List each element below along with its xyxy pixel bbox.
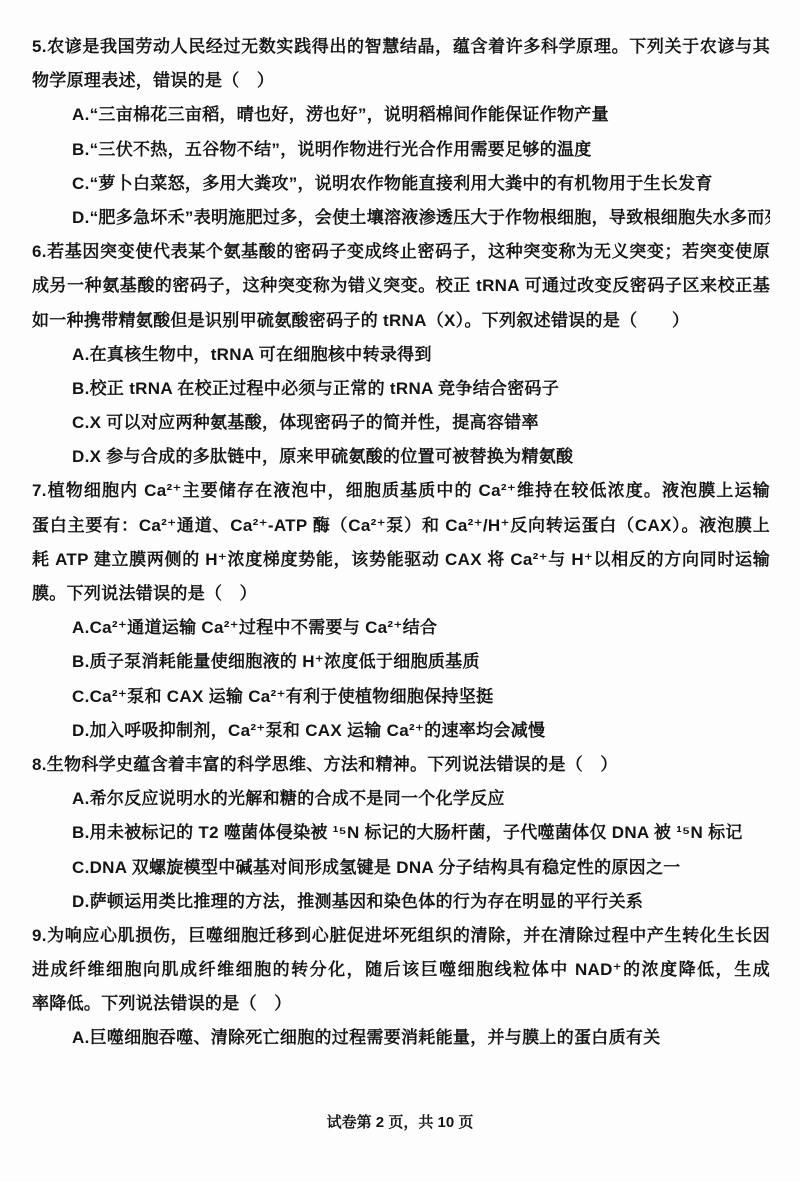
question-stem-line: 膜。下列说法错误的是（ ） [32, 577, 770, 611]
option-line: D.X 参与合成的多肽链中，原来甲硫氨酸的位置可被替换为精氨酸 [32, 440, 770, 474]
question-9: 9.为响应心肌损伤，巨噬细胞迁移到心脏促进坏死组织的清除，并在清除过程中产生转化… [32, 919, 770, 1056]
question-stem-line: 9.为响应心肌损伤，巨噬细胞迁移到心脏促进坏死组织的清除，并在清除过程中产生转化… [32, 919, 770, 953]
option-line: B.用未被标记的 T2 噬菌体侵染被 ¹⁵N 标记的大肠杆菌，子代噬菌体仅 DN… [32, 816, 770, 850]
option-line: D.萨顿运用类比推理的方法，推测基因和染色体的行为存在明显的平行关系 [32, 885, 770, 919]
question-stem-line: 5.农谚是我国劳动人民经过无数实践得出的智慧结晶，蕴含着许多科学原理。下列关于农… [32, 30, 770, 64]
question-stem-line: 耗 ATP 建立膜两侧的 H⁺浓度梯度势能，该势能驱动 CAX 将 Ca²⁺与 … [32, 543, 770, 577]
option-line: A.在真核生物中，tRNA 可在细胞核中转录得到 [32, 338, 770, 372]
page-footer: 试卷第 2 页，共 10 页 [0, 1106, 800, 1140]
option-line: C.DNA 双螺旋模型中碱基对间形成氢键是 DNA 分子结构具有稳定性的原因之一 [32, 851, 770, 885]
questions: 5.农谚是我国劳动人民经过无数实践得出的智慧结晶，蕴含着许多科学原理。下列关于农… [32, 30, 770, 1056]
option-line: D.加入呼吸抑制剂，Ca²⁺泵和 CAX 运输 Ca²⁺的速率均会减慢 [32, 714, 770, 748]
option-line: D.“肥多急坏禾”表明施肥过多，会使土壤溶液渗透压大于作物根细胞，导致根细胞失水… [32, 201, 770, 235]
question-stem-line: 8.生物科学史蕴含着丰富的科学思维、方法和精神。下列说法错误的是（ ） [32, 748, 770, 782]
question-stem-line: 6.若基因突变使代表某个氨基酸的密码子变成终止密码子，这种突变称为无义突变；若突… [32, 235, 770, 269]
question-stem-line: 物学原理表述，错误的是（ ） [32, 64, 770, 98]
question-stem-line: 如一种携带精氨酸但是识别甲硫氨酸密码子的 tRNA（X）。下列叙述错误的是（ ） [32, 304, 770, 338]
question-stem-line: 7.植物细胞内 Ca²⁺主要储存在液泡中，细胞质基质中的 Ca²⁺维持在较低浓度… [32, 474, 770, 508]
option-line: A.希尔反应说明水的光解和糖的合成不是同一个化学反应 [32, 782, 770, 816]
option-line: C.X 可以对应两种氨基酸，体现密码子的简并性，提高容错率 [32, 406, 770, 440]
option-line: B.校正 tRNA 在校正过程中必须与正常的 tRNA 竞争结合密码子 [32, 372, 770, 406]
question-stem-line: 进成纤维细胞向肌成纤维细胞的转分化，随后该巨噬细胞线粒体中 NAD⁺的浓度降低，… [32, 953, 770, 987]
option-line: B.质子泵消耗能量使细胞液的 H⁺浓度低于细胞质基质 [32, 645, 770, 679]
option-line: C.“萝卜白菜怒，多用大粪攻”，说明农作物能直接利用大粪中的有机物用于生长发育 [32, 167, 770, 201]
question-7: 7.植物细胞内 Ca²⁺主要储存在液泡中，细胞质基质中的 Ca²⁺维持在较低浓度… [32, 474, 770, 748]
option-line: C.Ca²⁺泵和 CAX 运输 Ca²⁺有利于使植物细胞保持坚挺 [32, 680, 770, 714]
option-line: A.“三亩棉花三亩稻，晴也好，涝也好”，说明稻棉间作能保证作物产量 [32, 98, 770, 132]
question-6: 6.若基因突变使代表某个氨基酸的密码子变成终止密码子，这种突变称为无义突变；若突… [32, 235, 770, 474]
question-stem-line: 蛋白主要有：Ca²⁺通道、Ca²⁺-ATP 酶（Ca²⁺泵）和 Ca²⁺/H⁺反… [32, 509, 770, 543]
question-stem-line: 率降低。下列说法错误的是（ ） [32, 987, 770, 1021]
question-8: 8.生物科学史蕴含着丰富的科学思维、方法和精神。下列说法错误的是（ ）A.希尔反… [32, 748, 770, 919]
option-line: B.“三伏不热，五谷物不结”，说明作物进行光合作用需要足够的温度 [32, 133, 770, 167]
option-line: A.Ca²⁺通道运输 Ca²⁺过程中不需要与 Ca²⁺结合 [32, 611, 770, 645]
option-line: A.巨噬细胞吞噬、清除死亡细胞的过程需要消耗能量，并与膜上的蛋白质有关 [32, 1021, 770, 1055]
question-stem-line: 成另一种氨基酸的密码子，这种突变称为错义突变。校正 tRNA 可通过改变反密码子… [32, 269, 770, 303]
exam-page: 5.农谚是我国劳动人民经过无数实践得出的智慧结晶，蕴含着许多科学原理。下列关于农… [0, 0, 800, 1181]
question-5: 5.农谚是我国劳动人民经过无数实践得出的智慧结晶，蕴含着许多科学原理。下列关于农… [32, 30, 770, 235]
